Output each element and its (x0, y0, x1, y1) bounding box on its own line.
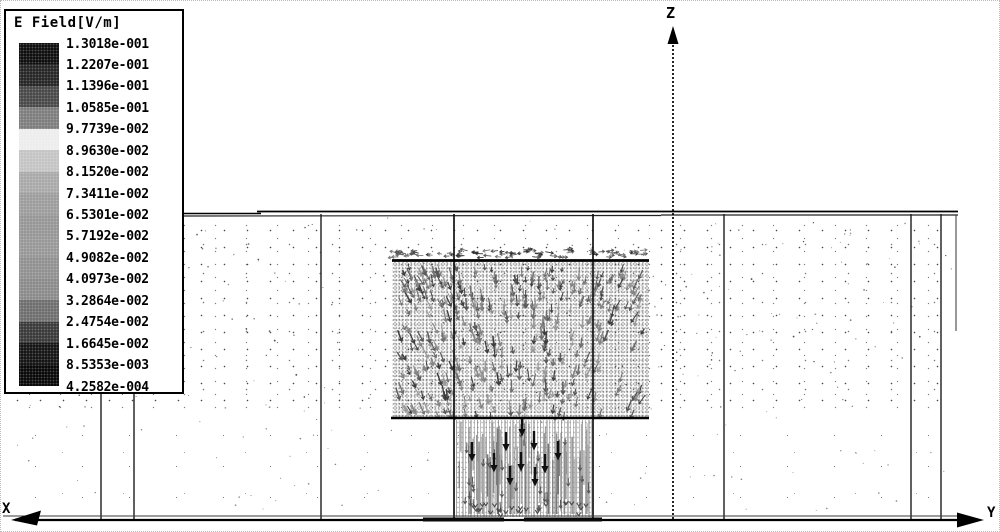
legend-value: 5.7192e-002 (66, 229, 180, 244)
legend-values: 1.3018e-0011.2207e-0011.1396e-0011.0585e… (6, 11, 182, 392)
legend-value: 4.0973e-002 (66, 272, 180, 287)
legend-value: 2.4754e-002 (66, 315, 180, 330)
legend-value: 1.0585e-001 (66, 101, 180, 116)
legend-value: 1.2207e-001 (66, 58, 180, 73)
legend-value: 8.5353e-003 (66, 358, 180, 373)
field-legend: E Field[V/m] 1.3018e-0011.2207e-0011.139… (4, 9, 184, 394)
legend-value: 4.2582e-004 (66, 380, 180, 395)
legend-value: 7.3411e-002 (66, 187, 180, 202)
x-axis-label: X (2, 501, 10, 517)
legend-value: 1.6645e-002 (66, 337, 180, 352)
legend-value: 3.2864e-002 (66, 294, 180, 309)
legend-value: 6.5301e-002 (66, 208, 180, 223)
legend-value: 1.1396e-001 (66, 79, 180, 94)
legend-value: 1.3018e-001 (66, 37, 180, 52)
z-axis-label: Z (666, 4, 675, 22)
legend-value: 8.1520e-002 (66, 165, 180, 180)
legend-value: 4.9082e-002 (66, 251, 180, 266)
field-plot-canvas: Z X Y E Field[V/m] 1.3018e-0011.2207e-00… (0, 0, 1000, 532)
legend-value: 8.9630e-002 (66, 144, 180, 159)
legend-value: 9.7739e-002 (66, 122, 180, 137)
y-axis-label: Y (987, 505, 995, 521)
